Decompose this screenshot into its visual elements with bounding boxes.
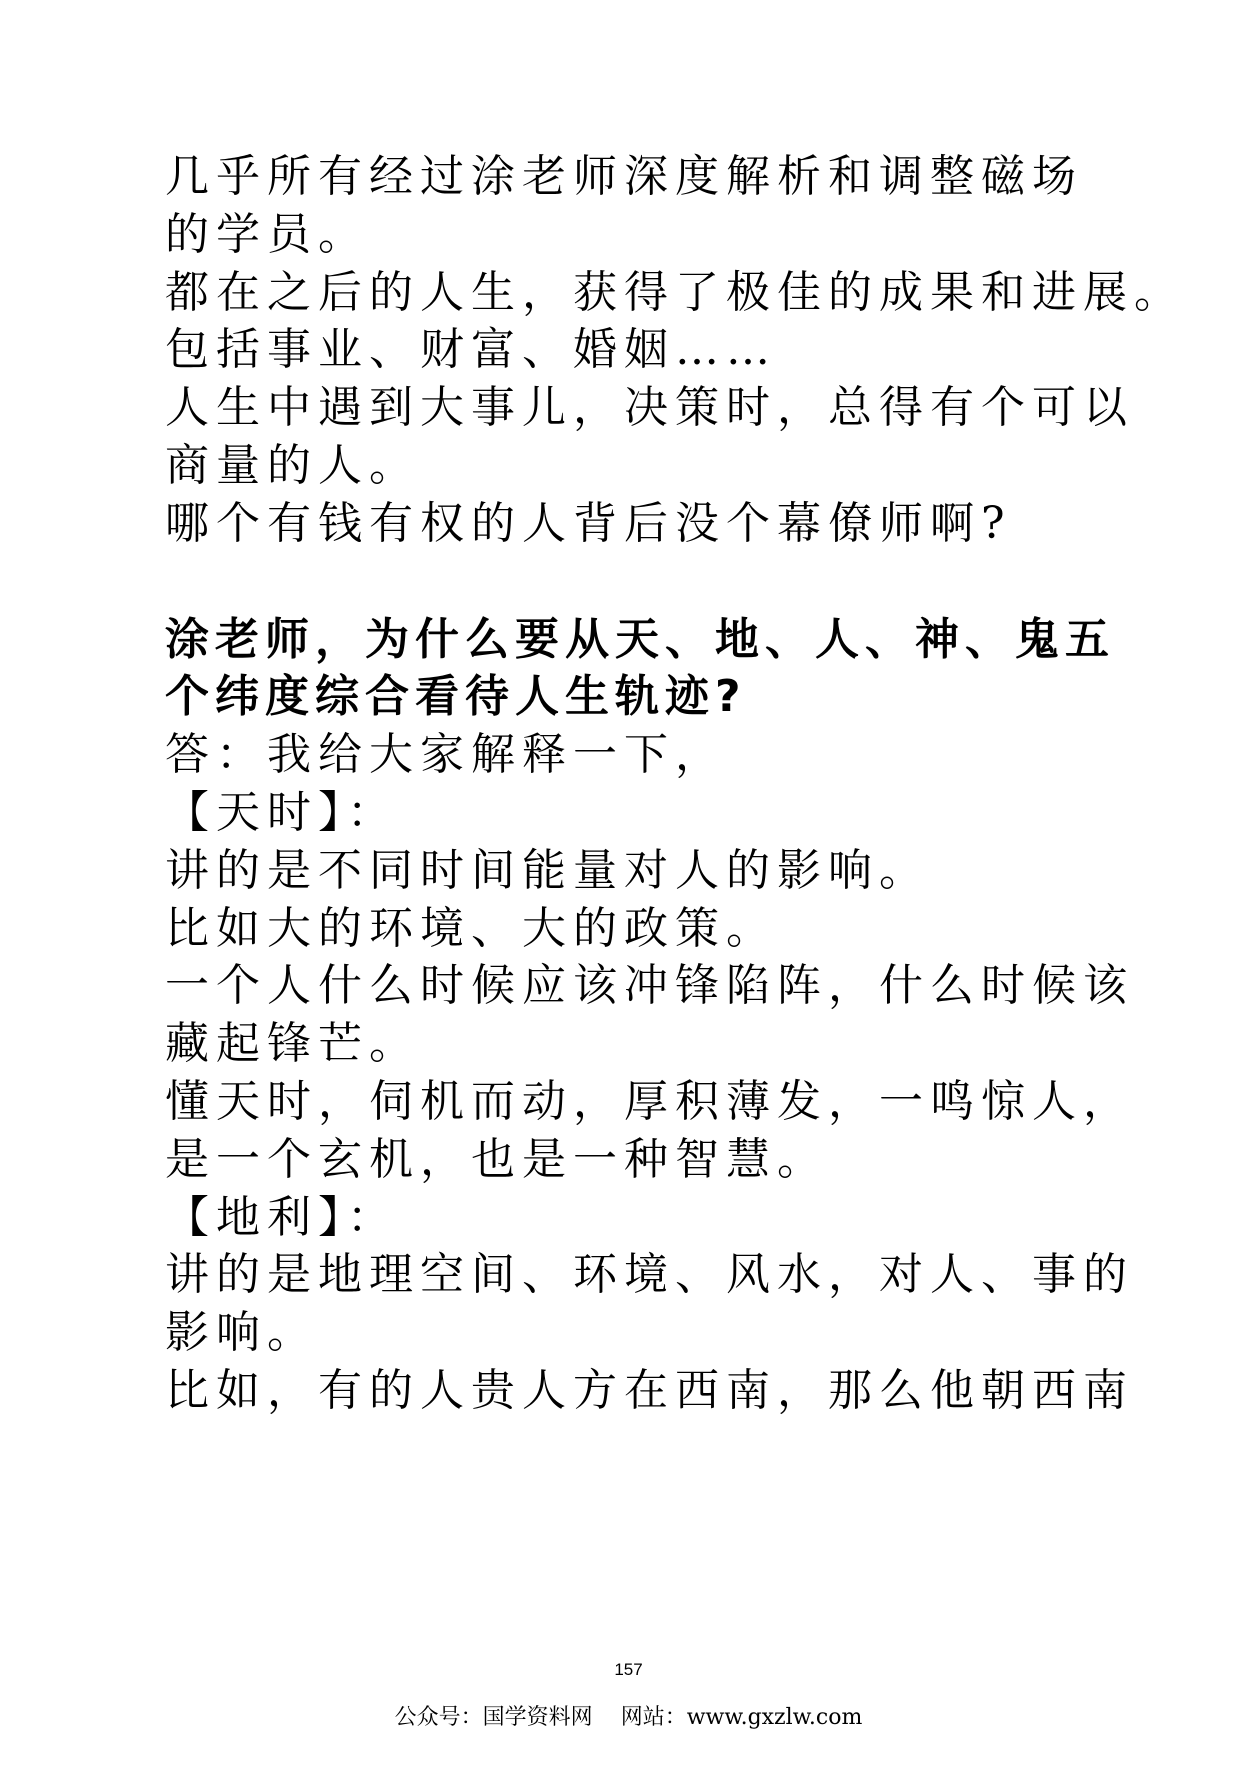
text-line: 比如，有的人贵人方在西南，那么他朝西南 [165, 1362, 965, 1420]
text-line: 懂天时，伺机而动，厚积薄发，一鸣惊人， [165, 1073, 965, 1131]
text-line: 哪个有钱有权的人背后没个幕僚师啊? [165, 495, 965, 553]
text-line: 讲的是地理空间、环境、风水，对人、事的 [165, 1246, 965, 1304]
text-line: 比如大的环境、大的政策。 [165, 900, 965, 958]
footer-website-link: 网站：www.gxzlw.com [621, 1705, 863, 1730]
text-line: 一个人什么时候应该冲锋陷阵，什么时候该 [165, 957, 965, 1015]
text-line: 商量的人。 [165, 437, 965, 495]
text-line: 的学员。 [165, 206, 965, 264]
section-heading: 个纬度综合看待人生轨迹? [165, 668, 965, 726]
section-heading: 涂老师，为什么要从天、地、人、神、鬼五 [165, 611, 965, 669]
text-line: 都在之后的人生，获得了极佳的成果和进展。 [165, 264, 965, 322]
page-body: 几乎所有经过涂老师深度解析和调整磁场 的学员。 都在之后的人生，获得了极佳的成果… [165, 148, 965, 1420]
text-line: 几乎所有经过涂老师深度解析和调整磁场 [165, 148, 965, 206]
text-line: 讲的是不同时间能量对人的影响。 [165, 842, 965, 900]
blank-line [165, 553, 965, 611]
document-page: 几乎所有经过涂老师深度解析和调整磁场 的学员。 都在之后的人生，获得了极佳的成果… [0, 0, 1257, 1784]
text-line: 影响。 [165, 1304, 965, 1362]
text-line: 包括事业、财富、婚姻…… [165, 321, 965, 379]
subheading-dili: 【地利】： [165, 1189, 965, 1247]
text-line: 藏起锋芒。 [165, 1015, 965, 1073]
subheading-tianshi: 【天时】： [165, 784, 965, 842]
text-line: 是一个玄机，也是一种智慧。 [165, 1131, 965, 1189]
text-line: 答：我给大家解释一下， [165, 726, 965, 784]
footer-wechat-label: 公众号：国学资料网 [395, 1705, 593, 1730]
page-number: 157 [0, 1659, 1257, 1681]
text-line: 人生中遇到大事儿，决策时，总得有个可以 [165, 379, 965, 437]
page-footer: 公众号：国学资料网网站：www.gxzlw.com [0, 1704, 1257, 1732]
